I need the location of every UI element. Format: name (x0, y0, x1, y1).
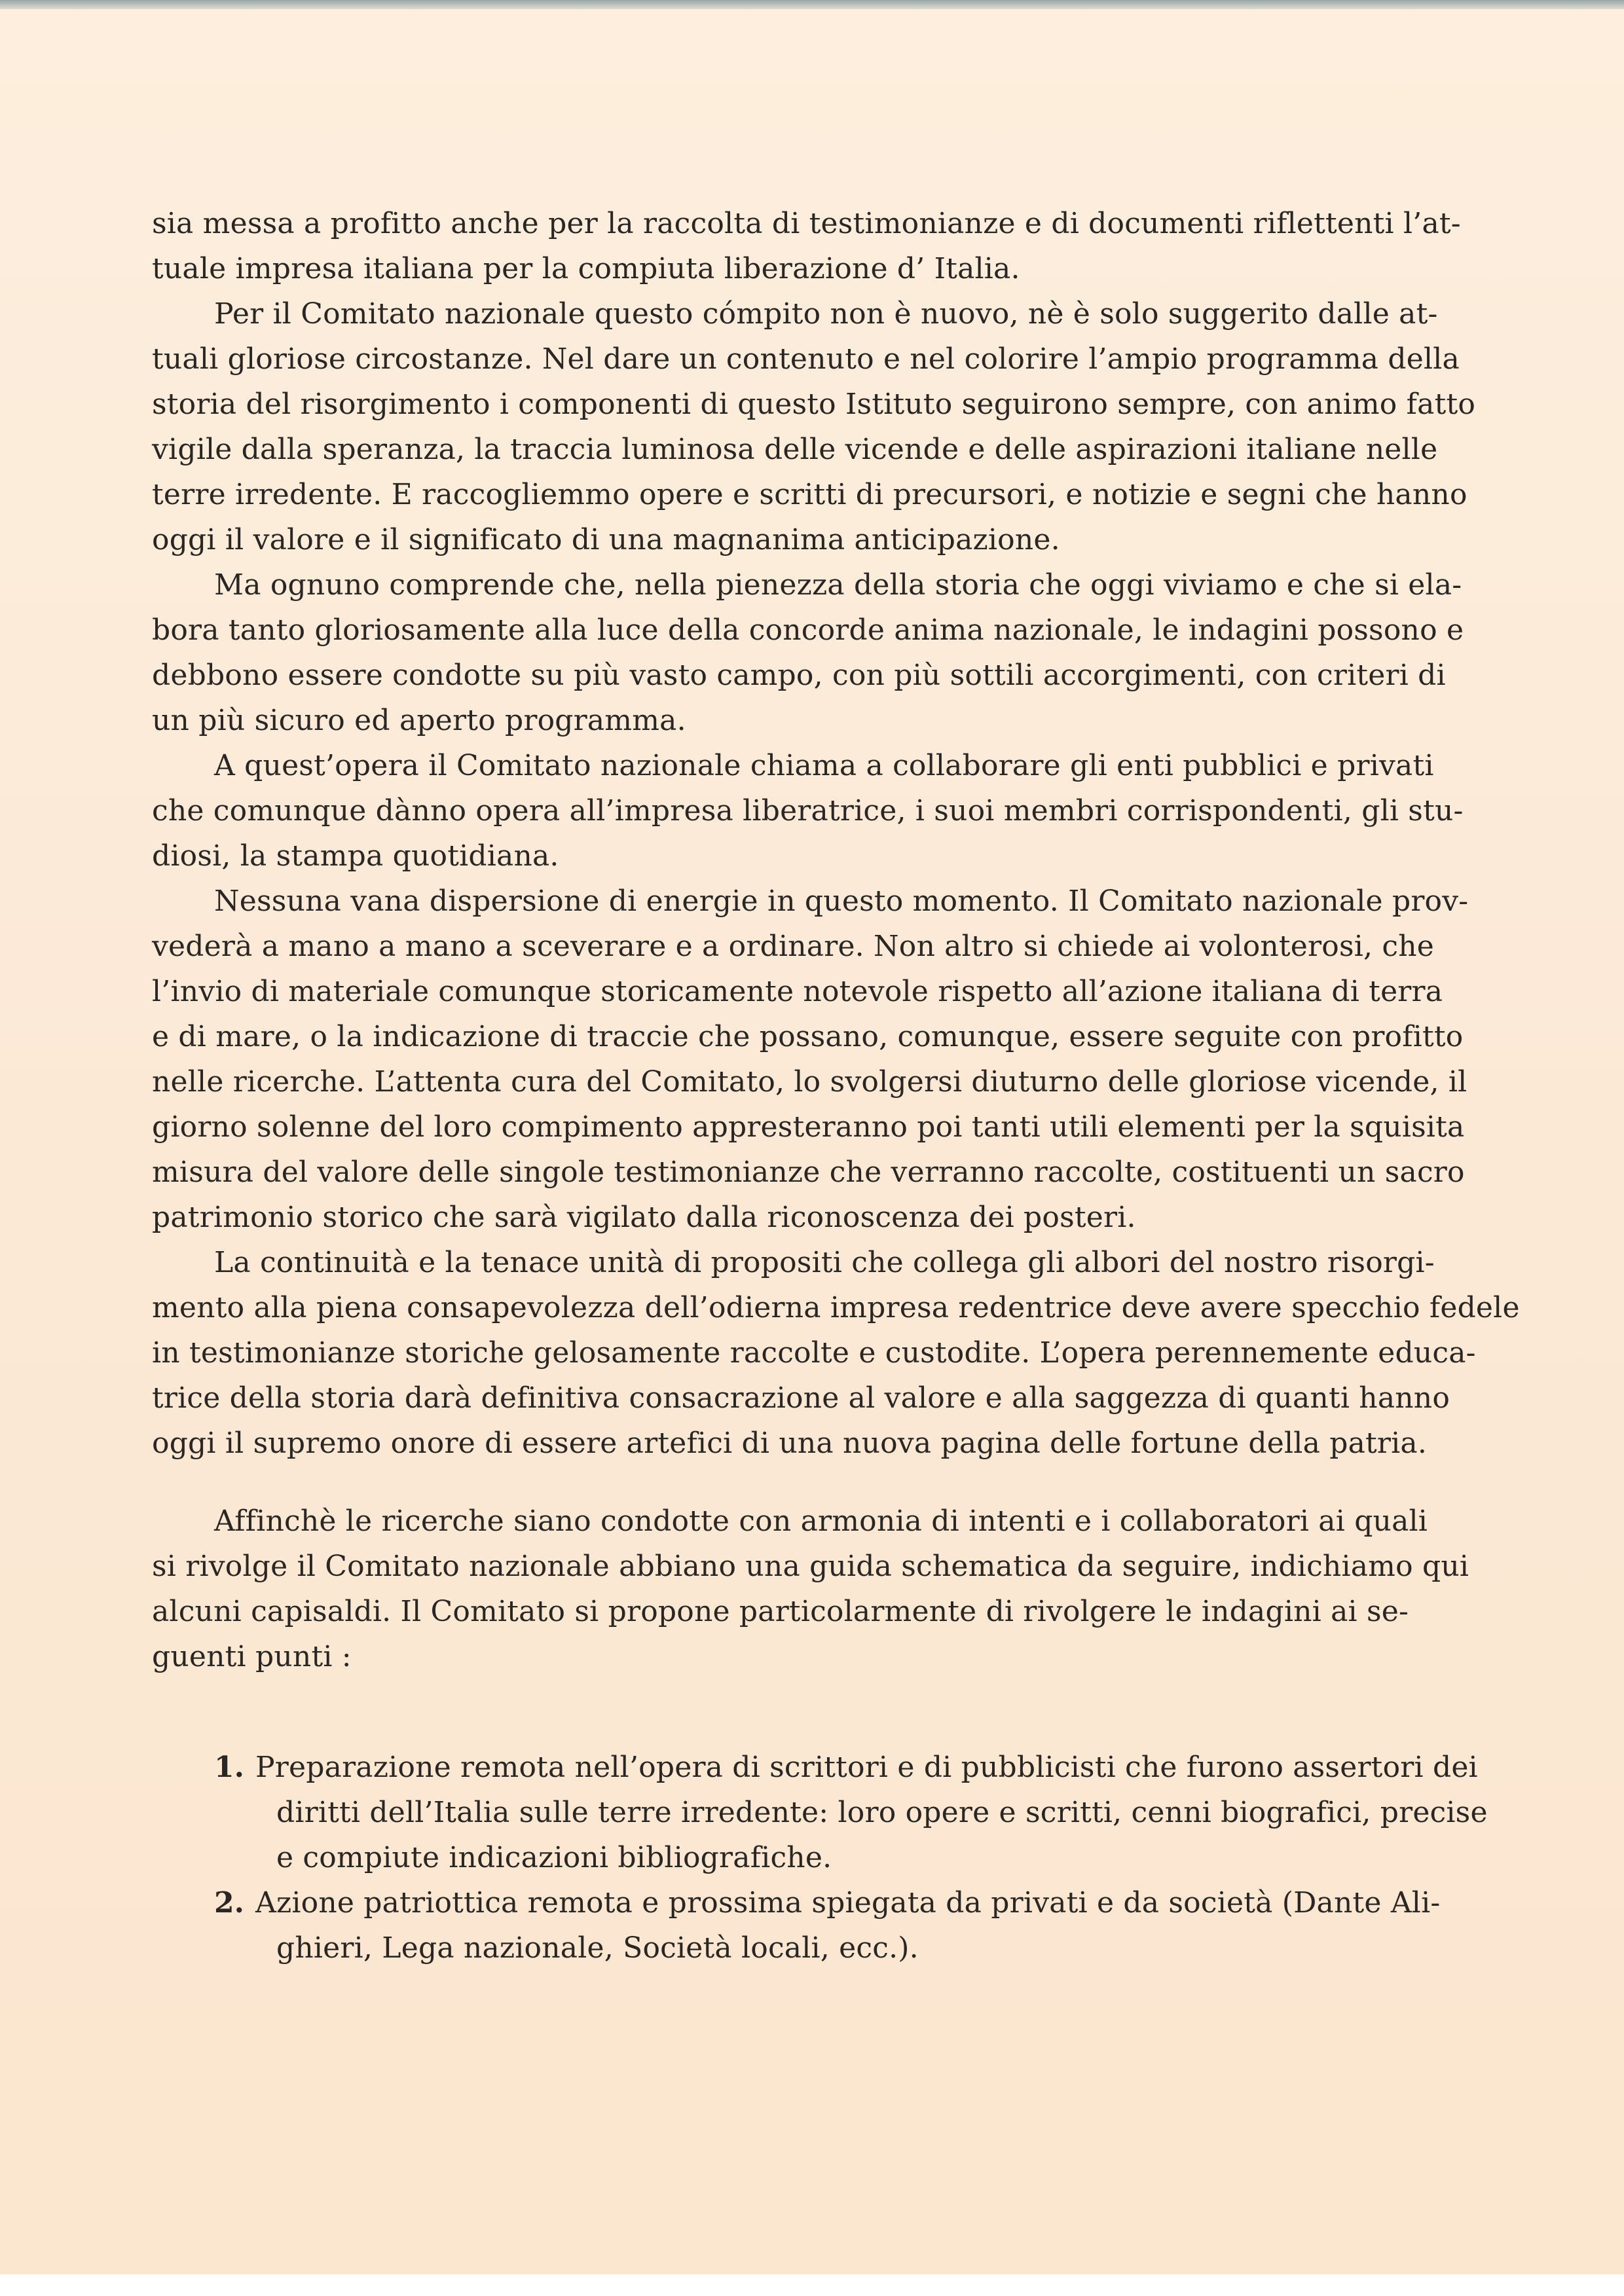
text-line: trice della storia darà definitiva consa… (152, 1380, 1385, 1417)
text-line: A quest’opera il Comitato nazionale chia… (214, 748, 1385, 784)
text-line: misura del valore delle singole testimon… (152, 1154, 1385, 1191)
text-line: patrimonio storico che sarà vigilato dal… (152, 1199, 1385, 1236)
text-line: mento alla piena consapevolezza dell’odi… (152, 1290, 1385, 1326)
text-line: Affinchè le ricerche siano condotte con … (214, 1503, 1385, 1540)
list-item-line: Azione patriottica remota e prossima spi… (255, 1885, 1385, 1922)
text-line: e di mare, o la indicazione di traccie c… (152, 1019, 1385, 1055)
list-item-line: diritti dell’Italia sulle terre irredent… (276, 1795, 1385, 1831)
text-line: nelle ricerche. L’attenta cura del Comit… (152, 1064, 1385, 1101)
text-line: l’invio di materiale comunque storicamen… (152, 974, 1385, 1010)
text-line: in testimonianze storiche gelosamente ra… (152, 1335, 1385, 1372)
text-line: oggi il valore e il significato di una m… (152, 522, 1385, 558)
text-line: Nessuna vana dispersione di energie in q… (214, 883, 1385, 920)
list-item-line: Preparazione remota nell’opera di scritt… (255, 1749, 1385, 1786)
list-item-line: ghieri, Lega nazionale, Società locali, … (276, 1930, 1385, 1967)
text-line: bora tanto gloriosamente alla luce della… (152, 612, 1385, 649)
text-line: La continuità e la tenace unità di propo… (214, 1245, 1385, 1281)
text-line: tuale impresa italiana per la compiuta l… (152, 251, 1385, 287)
list-item-line: e compiute indicazioni bibliografiche. (276, 1840, 1385, 1876)
text-line: storia del risorgimento i componenti di … (152, 386, 1385, 423)
text-line: Ma ognuno comprende che, nella pienezza … (214, 567, 1385, 604)
text-line: guenti punti : (152, 1639, 1385, 1675)
text-line: oggi il supremo onore di essere artefici… (152, 1425, 1385, 1462)
text-line: Per il Comitato nazionale questo cómpito… (214, 296, 1385, 333)
text-line: diosi, la stampa quotidiana. (152, 838, 1385, 875)
text-line: vederà a mano a mano a sceverare e a ord… (152, 928, 1385, 965)
text-line: alcuni capisaldi. Il Comitato si propone… (152, 1594, 1385, 1630)
list-number: 2. (214, 1885, 244, 1922)
list-number: 1. (214, 1749, 244, 1786)
text-line: sia messa a profitto anche per la raccol… (152, 206, 1385, 242)
text-line: che comunque dànno opera all’impresa lib… (152, 793, 1385, 829)
text-line: vigile dalla speranza, la traccia lumino… (152, 431, 1385, 468)
text-line: debbono essere condotte su più vasto cam… (152, 657, 1385, 694)
text-line: si rivolge il Comitato nazionale abbiano… (152, 1548, 1385, 1585)
text-line: giorno solenne del loro compimento appre… (152, 1109, 1385, 1146)
text-line: un più sicuro ed aperto programma. (152, 702, 1385, 739)
text-line: terre irredente. E raccogliemmo opere e … (152, 477, 1385, 513)
text-line: tuali gloriose circostanze. Nel dare un … (152, 341, 1385, 378)
